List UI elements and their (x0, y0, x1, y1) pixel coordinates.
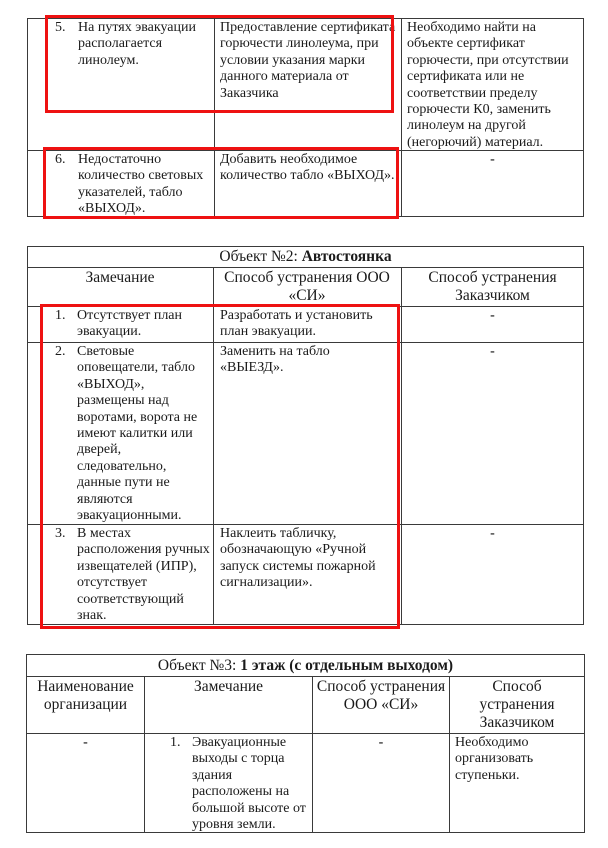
table2-header-divider (27, 306, 584, 307)
table2-title: Объект №2: Автостоянка (27, 248, 584, 266)
table3-col-divider (449, 676, 450, 833)
table2-row3-remark: В местах расположения ручных извещателей… (77, 526, 213, 624)
table3-row1-fix-customer: Необходимо организовать ступеньки. (455, 735, 575, 784)
table2-row1-remark: Отсутствует план эвакуации. (77, 308, 211, 341)
table2-row3-fix-customer: - (401, 526, 584, 542)
table3-header-org: Наименование организации (27, 678, 144, 714)
table2-row2-fix-customer: - (401, 344, 584, 360)
table3-title-divider (26, 676, 585, 677)
table3-header-divider (26, 733, 585, 734)
table2-row2-number: 2. (55, 344, 66, 360)
table3-header-fix-customer: Способ устранения Заказчиком (454, 678, 580, 732)
table1-row6-fix-si: Добавить необходимое количество табло «В… (220, 152, 396, 185)
table2-header-remark: Замечание (27, 269, 213, 287)
table2-title-divider (27, 267, 584, 268)
table1-row6-number: 6. (55, 152, 66, 168)
table3-title-object: 1 этаж (с отдельным выходом) (240, 657, 453, 674)
table2-title-object: Автостоянка (302, 248, 392, 265)
table1-col-divider (401, 18, 402, 217)
table2-header-fix-si: Способ устранения ООО «СИ» (223, 269, 391, 305)
table3-header-fix-si: Способ устранения ООО «СИ» (313, 678, 449, 714)
table2-row-divider (27, 342, 584, 343)
table1-row5-fix-customer: Необходимо найти на объекте сертификат г… (407, 20, 583, 151)
table2-row1-number: 1. (55, 308, 66, 324)
table1-row5-fix-si: Предоставление сертификата горючести лин… (220, 20, 396, 102)
table2-row2-remark: Световые оповещатели, табло «ВЫХОД», раз… (77, 344, 207, 524)
table2-row1-fix-si: Разработать и установить план эвакуации. (220, 308, 400, 341)
table3-row1-fix-si: - (313, 735, 449, 751)
table1-col-divider (214, 18, 215, 217)
table1-row5-number: 5. (55, 20, 66, 36)
table2-header-fix-customer: Способ устранения Заказчиком (411, 269, 574, 305)
table2-title-prefix: Объект №2: (219, 248, 301, 265)
table3-col-divider (144, 676, 145, 833)
table2-row1-fix-customer: - (401, 308, 584, 324)
table3-row1-remark: Эвакуационные выходы с торца здания расп… (192, 735, 312, 833)
table3-header-remark: Замечание (145, 678, 312, 696)
table3-title: Объект №3: 1 этаж (с отдельным выходом) (26, 657, 585, 675)
table1-row5-remark: На путях эвакуации располагается линолеу… (78, 20, 212, 69)
table2-row3-number: 3. (55, 526, 66, 542)
table3-title-prefix: Объект №3: (158, 657, 240, 674)
table1-row6-fix-customer: - (401, 152, 584, 168)
table3-row1-number: 1. (170, 735, 181, 751)
table2-row3-fix-si: Наклеить табличку, обозначающую «Ручной … (220, 526, 400, 592)
table2-row2-fix-si: Заменить на табло «ВЫЕЗД». (220, 344, 360, 377)
table1-row6-remark: Недостаточно количество световых указате… (78, 152, 214, 218)
table2-col-divider (213, 267, 214, 625)
table3-row1-org: - (27, 735, 144, 751)
